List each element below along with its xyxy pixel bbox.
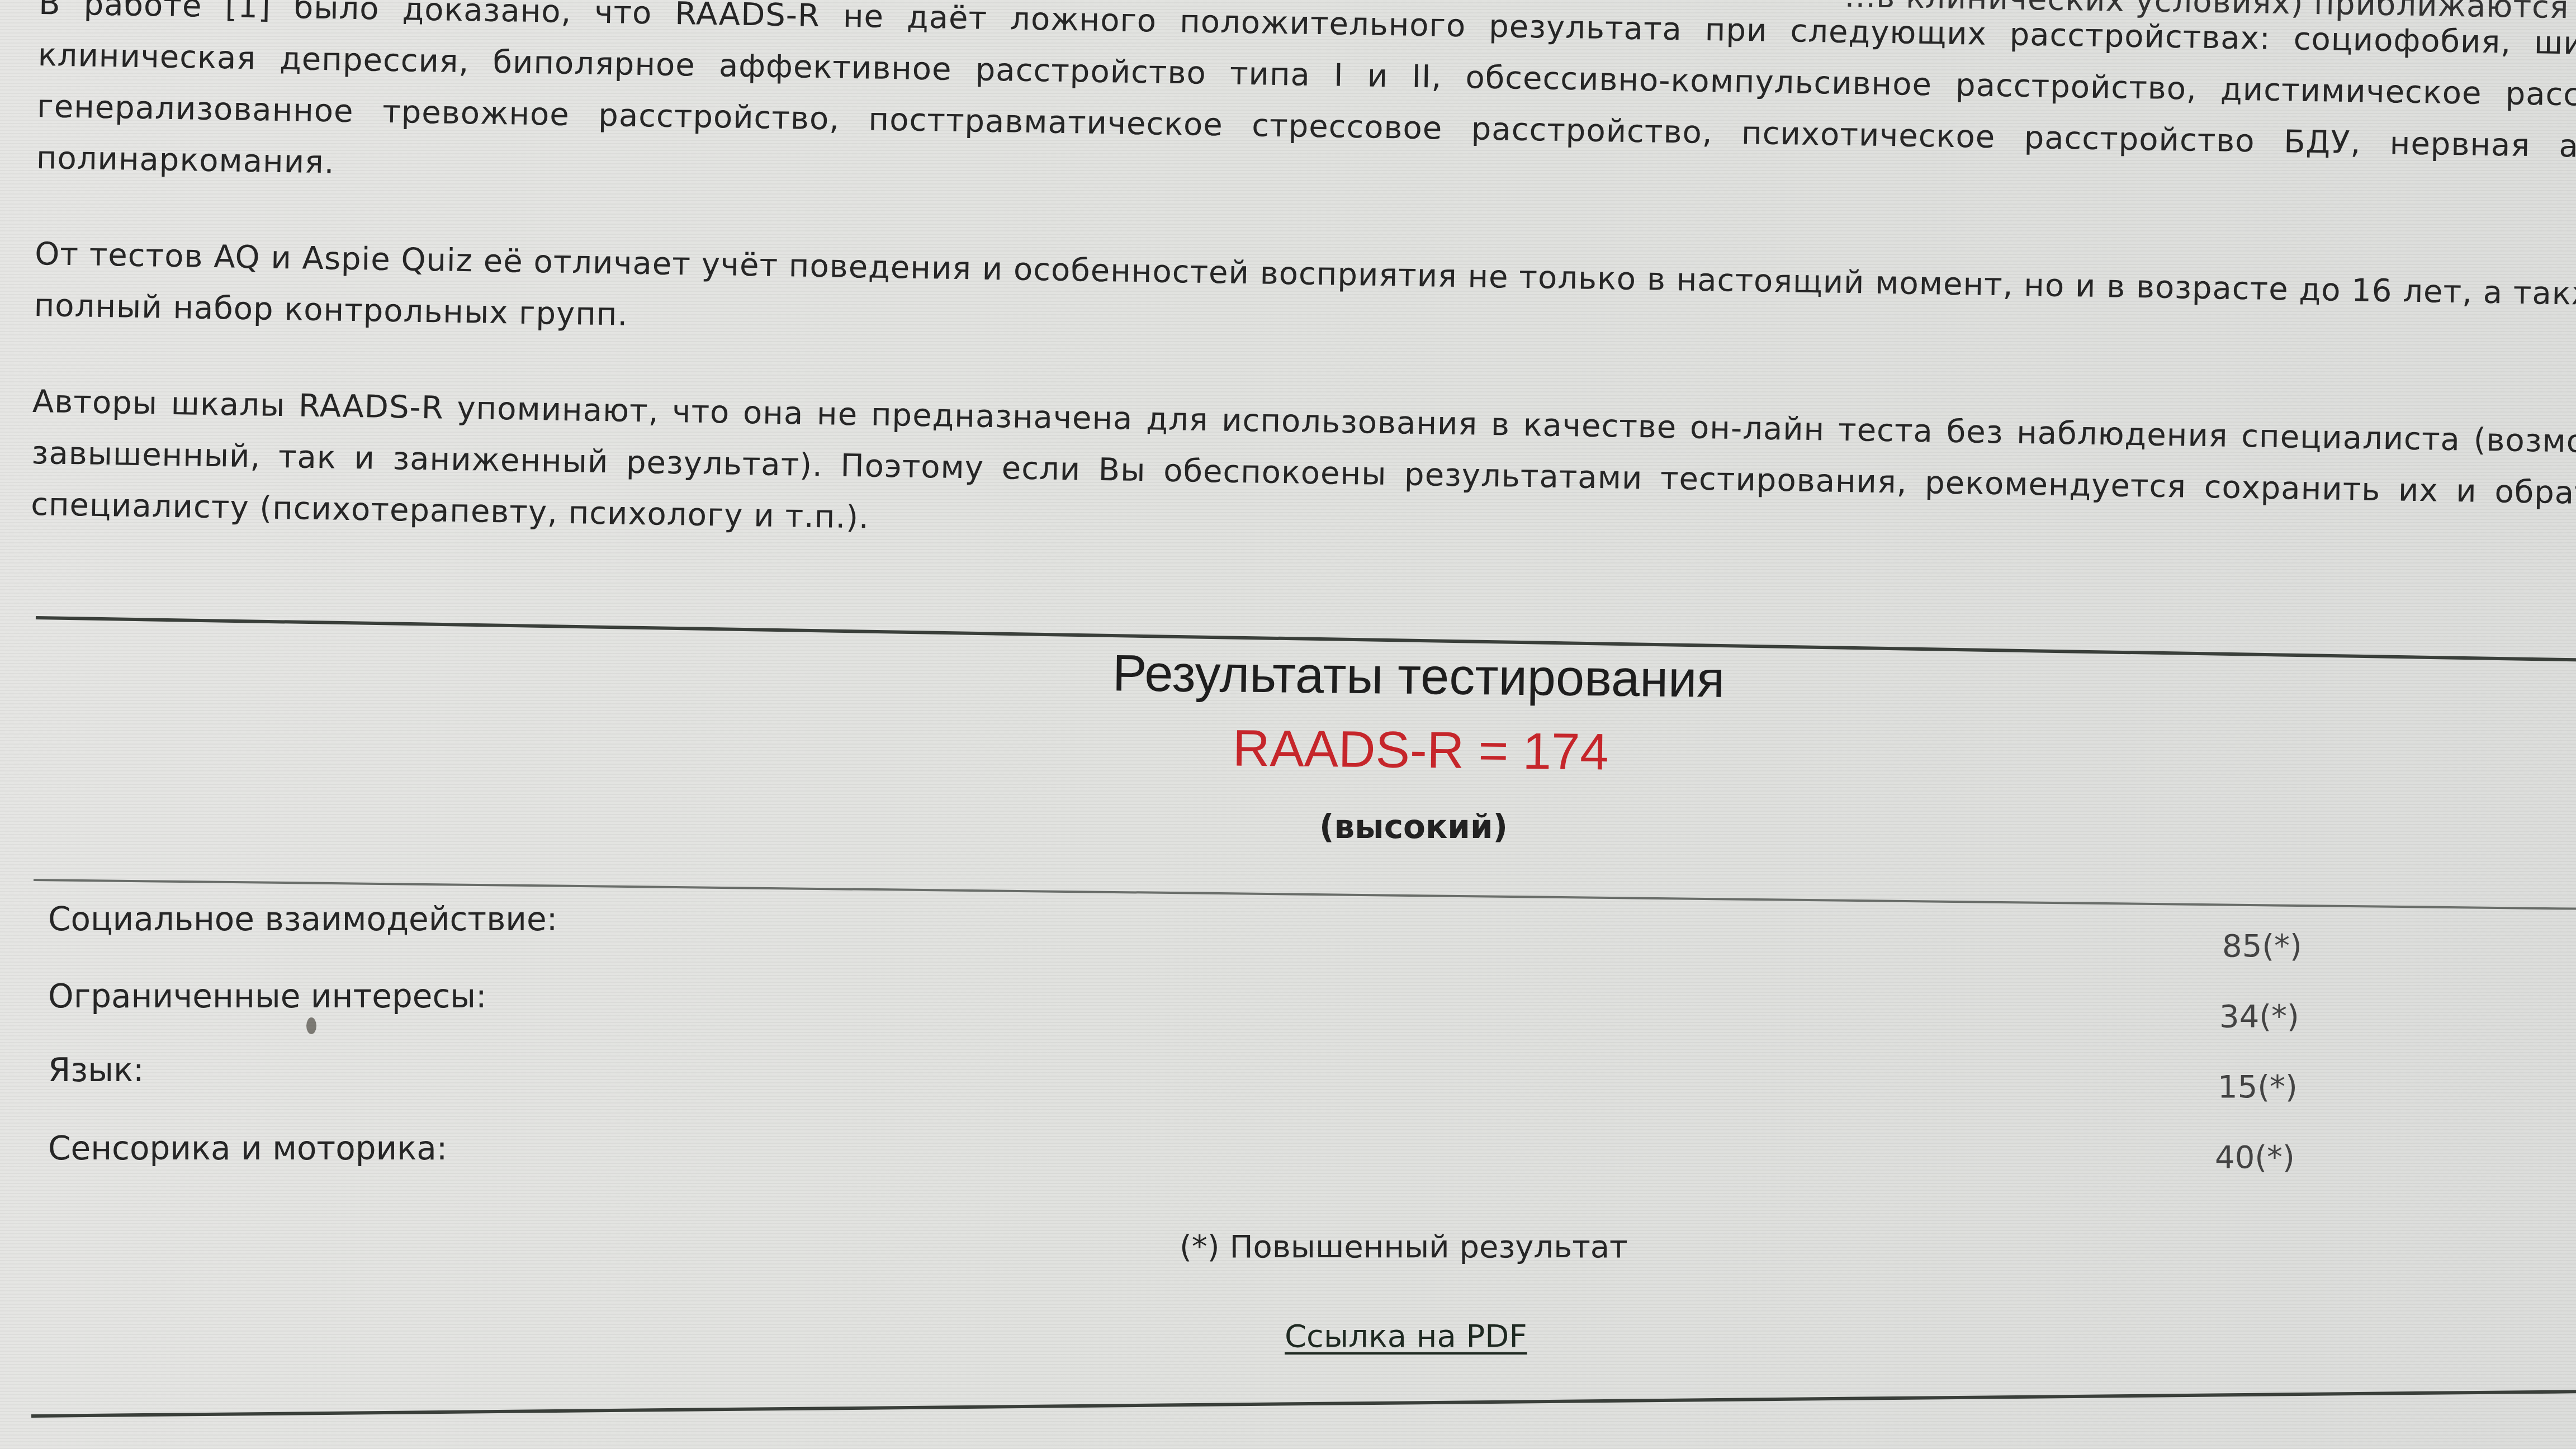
subscale-label-social: Социальное взаимодействие: xyxy=(48,900,557,938)
subscale-label-interests: Ограниченные интересы: xyxy=(48,977,487,1015)
score-level: (высокий) xyxy=(1319,808,1508,846)
screen-dust-speck xyxy=(306,1017,316,1034)
total-score: RAADS-R = 174 xyxy=(1232,719,1608,782)
subscale-value-sensory-motor: 40(*) xyxy=(2215,1139,2295,1176)
subscale-label-language: Язык: xyxy=(48,1051,144,1089)
pdf-link[interactable]: Ссылка на PDF xyxy=(1285,1318,1527,1355)
results-section: Результаты тестирования RAADS-R = 174 (в… xyxy=(0,0,2576,1449)
elevated-footnote: (*) Повышенный результат xyxy=(1180,1229,1628,1265)
subscale-value-language: 15(*) xyxy=(2218,1069,2298,1105)
subscale-label-sensory-motor: Сенсорика и моторика: xyxy=(48,1129,447,1167)
monitor-screen: ...в клинических условиях) приближаются … xyxy=(0,0,2576,1449)
subscale-value-interests: 34(*) xyxy=(2219,998,2299,1035)
subscale-value-social: 85(*) xyxy=(2222,928,2302,964)
results-title: Результаты тестирования xyxy=(1112,644,1725,709)
